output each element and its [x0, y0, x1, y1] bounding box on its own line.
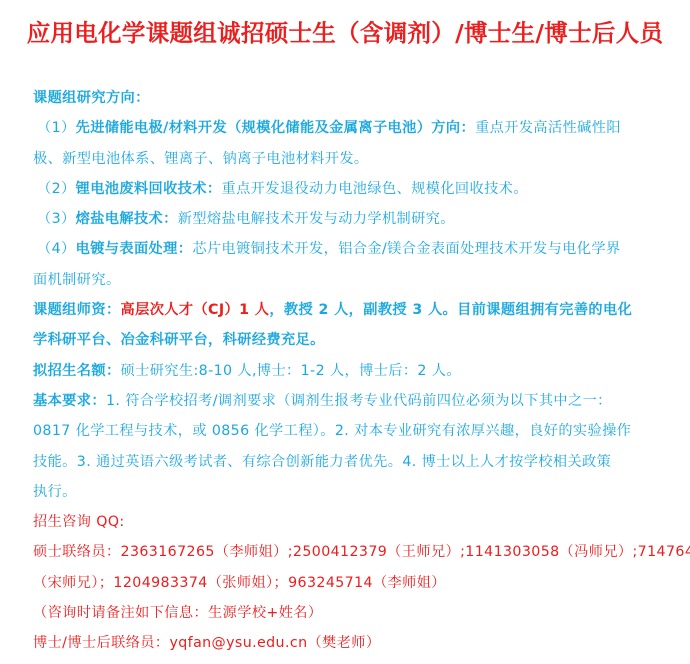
- item-title: 熔盐电解技术：: [76, 211, 178, 227]
- master-contact-line: 硕士联络员：2363167265（李师姐）;2500412379（王师兄）;11…: [33, 537, 683, 567]
- phd-contact-label: 博士/博士后联络员：: [33, 635, 169, 651]
- phd-contact-email[interactable]: yqfan@ysu.edu.cn: [169, 635, 307, 651]
- requirements-line: 基本要求：1. 符合学校招考/调剂要求（调剂生报考专业代码前四位必须为以下其中之…: [33, 386, 683, 416]
- phd-contact-line: 博士/博士后联络员：yqfan@ysu.edu.cn（樊老师）: [33, 628, 683, 658]
- item-title: 电镀与表面处理：: [76, 241, 193, 257]
- requirements-line-3: 技能。3. 通过英语六级考试者、有综合创新能力者优先。4. 博士以上人才按学校相…: [33, 447, 683, 477]
- research-item-3: （3）熔盐电解技术：新型熔盐电解技术开发与动力学机制研究。: [33, 204, 683, 234]
- master-contact-qq: 2363167265（李师姐）;2500412379（王师兄）;11413030…: [121, 544, 690, 560]
- research-item-1: （1）先进储能电极/材料开发（规模化储能及金属离子电池）方向：重点开发高活性碱性…: [33, 113, 683, 143]
- quota-text: 硕士研究生:8-10 人,博士：1-2 人，博士后：2 人。: [121, 363, 461, 379]
- document-body: 课题组研究方向： （1）先进储能电极/材料开发（规模化储能及金属离子电池）方向：…: [33, 83, 683, 659]
- research-item-4: （4）电镀与表面处理：芯片电镀铜技术开发，铝合金/镁合金表面处理技术开发与电化学…: [33, 234, 683, 264]
- research-item-2: （2）锂电池废料回收技术：重点开发退役动力电池绿色、规模化回收技术。: [33, 174, 683, 204]
- item-number: （4）: [37, 241, 76, 257]
- research-heading: 课题组研究方向：: [33, 83, 683, 113]
- item-desc: 重点开发退役动力电池绿色、规模化回收技术。: [222, 181, 528, 197]
- item-number: （1）: [37, 120, 76, 136]
- item-desc: 新型熔盐电解技术开发与动力学机制研究。: [178, 211, 455, 227]
- faculty-line-cont: 学科研平台、冶金科研平台，科研经费充足。: [33, 325, 683, 355]
- research-item-1-cont: 极、新型电池体系、锂离子、钠离子电池材料开发。: [33, 144, 683, 174]
- item-title: 先进储能电极/材料开发（规模化储能及金属离子电池）方向：: [76, 120, 475, 136]
- master-contact-label: 硕士联络员：: [33, 544, 121, 560]
- requirements-line-2: 0817 化学工程与技术，或 0856 化学工程）。2. 对本专业研究有浓厚兴趣…: [33, 416, 683, 446]
- master-contact-line-2: （宋师兄）；1204983374（张师姐）；963245714（李师姐）: [33, 568, 683, 598]
- item-desc: 芯片电镀铜技术开发，铝合金/镁合金表面处理技术开发与电化学界: [192, 241, 620, 257]
- requirements-line-4: 执行。: [33, 477, 683, 507]
- faculty-text: ，教授 2 人，副教授 3 人。目前课题组拥有完善的电化: [269, 302, 632, 318]
- faculty-highlight: 高层次人才（CJ）1 人: [121, 302, 270, 318]
- contact-heading: 招生咨询 QQ:: [33, 507, 683, 537]
- item-desc: 重点开发高活性碱性阳: [475, 120, 621, 136]
- item-title: 锂电池废料回收技术：: [76, 181, 222, 197]
- research-item-4-cont: 面机制研究。: [33, 265, 683, 295]
- page-title: 应用电化学课题组诚招硕士生（含调剂）/博士生/博士后人员: [0, 14, 690, 48]
- contact-note: （咨询时请备注如下信息：生源学校+姓名）: [33, 598, 683, 628]
- phd-contact-person: （樊老师）: [307, 635, 380, 651]
- faculty-line: 课题组师资：高层次人才（CJ）1 人，教授 2 人，副教授 3 人。目前课题组拥…: [33, 295, 683, 325]
- item-number: （2）: [37, 181, 76, 197]
- quota-line: 拟招生名额：硕士研究生:8-10 人,博士：1-2 人，博士后：2 人。: [33, 356, 683, 386]
- quota-label: 拟招生名额：: [33, 363, 121, 379]
- item-number: （3）: [37, 211, 76, 227]
- faculty-label: 课题组师资：: [33, 302, 121, 318]
- requirements-text: 1. 符合学校招考/调剂要求（调剂生报考专业代码前四位必须为以下其中之一：: [106, 393, 612, 409]
- requirements-label: 基本要求：: [33, 393, 106, 409]
